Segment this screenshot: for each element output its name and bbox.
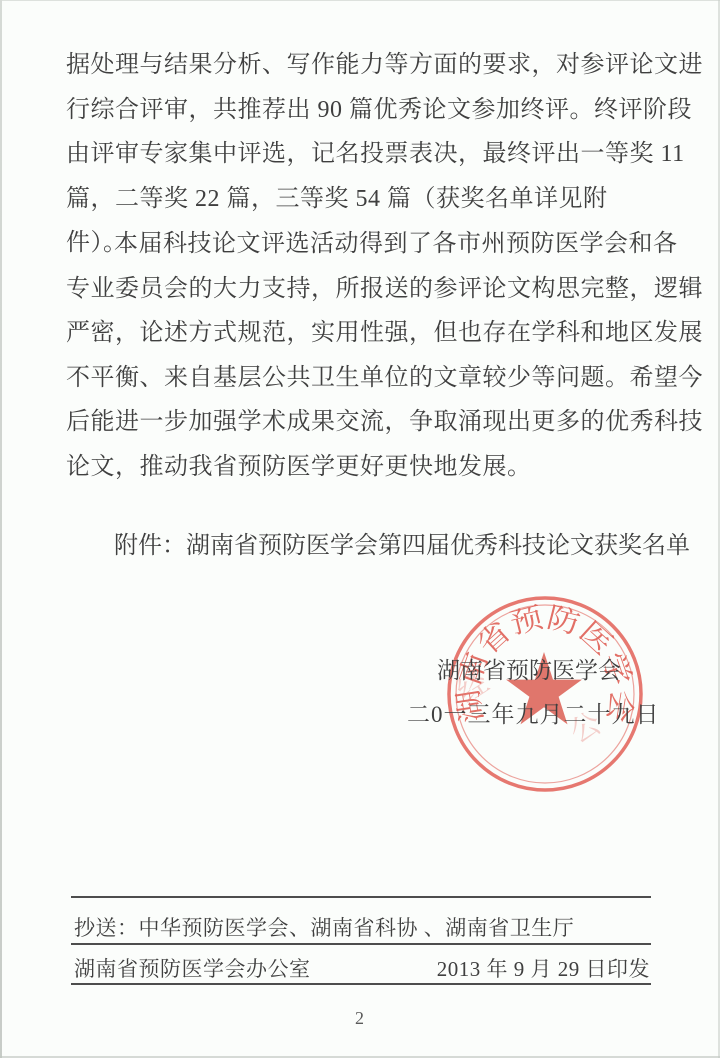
- body-line: 专业委员会的大力支持，所报送的参评论文构思完整，逻辑: [66, 267, 662, 312]
- page-number: 2: [0, 1008, 720, 1029]
- body-line: 行综合评审，共推荐出 90 篇优秀论文参加终评。终评阶段: [66, 88, 662, 133]
- signature-date: 二0一三年九月二十九日: [407, 699, 660, 731]
- footer-issuer: 湖南省预防医学会办公室: [74, 951, 311, 987]
- body-line: 本届科技论文评选活动得到了各市州预防医学会和各: [66, 222, 662, 267]
- body-line: 后能进一步加强学术成果交流，争取涌现出更多的优秀科技: [66, 400, 662, 445]
- scan-edge-left: [0, 0, 2, 1058]
- paragraph-evaluation-results: 据处理与结果分析、写作能力等方面的要求，对参评论文进 行综合评审，共推荐出 90…: [66, 43, 662, 221]
- body-line: 严密，论述方式规范，实用性强，但也存在学科和地区发展: [66, 311, 662, 356]
- signature-organization: 湖南省预防医学会: [437, 655, 621, 687]
- footer-cc-line: 抄送：中华预防医学会、湖南省科协 、湖南省卫生厅: [74, 910, 574, 946]
- body-line: 据处理与结果分析、写作能力等方面的要求，对参评论文进: [66, 43, 662, 88]
- official-seal: 湖南省预防医学会 经 公: [445, 594, 647, 796]
- paragraph-summary-remarks: 本届科技论文评选活动得到了各市州预防医学会和各 专业委员会的大力支持，所报送的参…: [66, 222, 662, 489]
- body-line: 由评审专家集中评选，记名投票表决，最终评出一等奖 11: [66, 132, 662, 177]
- body-line: 论文，推动我省预防医学更好更快地发展。: [66, 445, 662, 490]
- body-line: 篇，二等奖 22 篇，三等奖 54 篇（获奖名单详见附件）。: [66, 177, 662, 222]
- scan-edge-top: [0, 0, 720, 1]
- scanned-document-page: 据处理与结果分析、写作能力等方面的要求，对参评论文进 行综合评审，共推荐出 90…: [0, 0, 720, 1058]
- footer-rule-top: [71, 896, 651, 898]
- attachment-line: 附件：湖南省预防医学会第四届优秀科技论文获奖名单: [114, 524, 690, 569]
- footer-print-date: 2013 年 9 月 29 日印发: [437, 951, 650, 987]
- body-line: 不平衡、来自基层公共卫生单位的文章较少等问题。希望今: [66, 356, 662, 401]
